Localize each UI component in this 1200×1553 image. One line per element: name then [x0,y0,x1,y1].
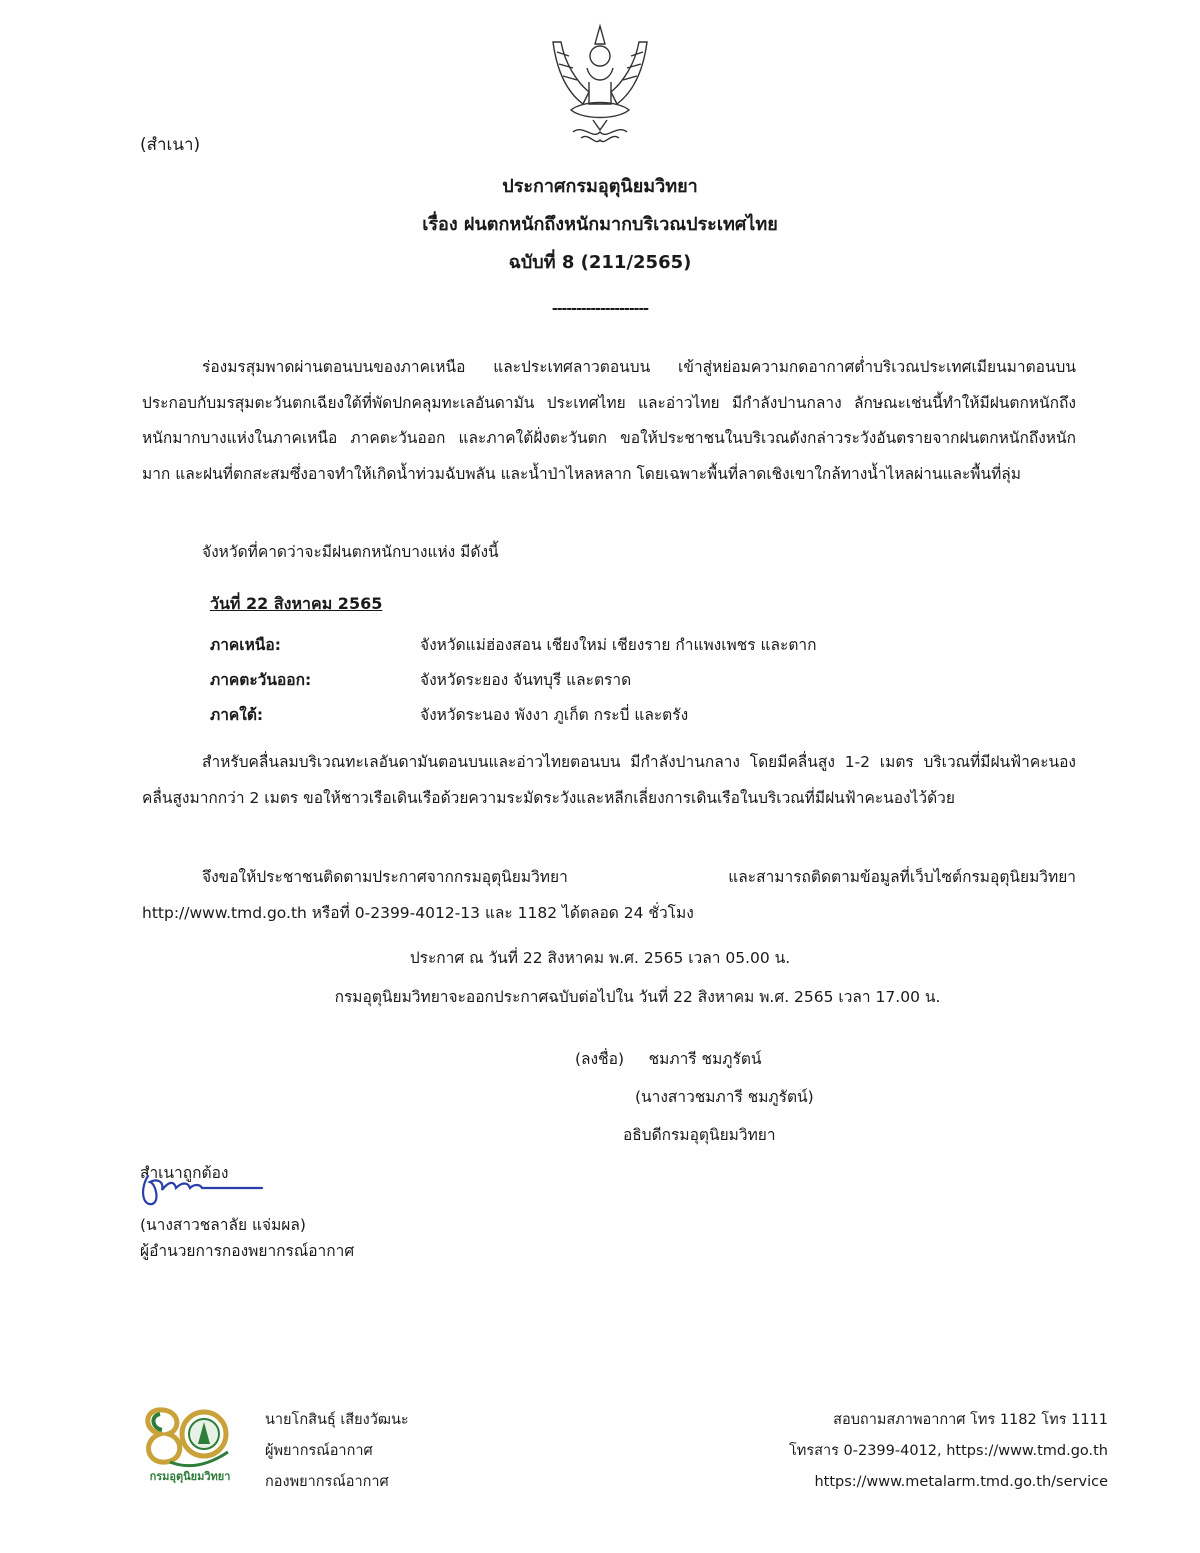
region-label: ภาคใต้: [210,698,420,733]
forecaster-division: กองพยากรณ์อากาศ [265,1467,409,1498]
forecaster-name: นายโกสินธุ์ เสียงวัฒนะ [265,1405,409,1436]
announcement-document: (สำเนา) ประกาศกรมอุตุนิยมวิทยา เรื่อง ฝน… [0,0,1200,1553]
title-block: ประกาศกรมอุตุนิยมวิทยา เรื่อง ฝนตกหนักถึ… [0,170,1200,284]
director-position: อธิบดีกรมอุตุนิยมวิทยา [575,1116,814,1154]
paragraph-follow-updates: จึงขอให้ประชาชนติดตามประกาศจากกรมอุตุนิย… [142,860,1076,931]
forecaster-role: ผู้พยากรณ์อากาศ [265,1436,409,1467]
certifier-position: ผู้อำนวยการกองพยากรณ์อากาศ [140,1238,354,1264]
region-list: ภาคเหนือ: จังหวัดแม่ฮ่องสอน เชียงใหม่ เช… [210,628,817,733]
signed-label: (ลงชื่อ) [575,1050,624,1068]
contact-service-link[interactable]: https://www.metalarm.tmd.go.th/service [789,1467,1108,1498]
copy-mark: (สำเนา) [140,131,200,158]
region-row-east: ภาคตะวันออก: จังหวัดระยอง จันทบุรี และตร… [210,663,817,698]
region-provinces: จังหวัดแม่ฮ่องสอน เชียงใหม่ เชียงราย กำแ… [420,628,817,663]
contact-info: สอบถามสภาพอากาศ โทร 1182 โทร 1111 โทรสาร… [789,1405,1108,1498]
page-title: ประกาศกรมอุตุนิยมวิทยา [0,170,1200,208]
forecast-date-heading: วันที่ 22 สิงหาคม 2565 [210,592,382,617]
separator: -------------------- [0,301,1200,317]
region-provinces: จังหวัดระยอง จันทบุรี และตราด [420,663,631,698]
next-issue-datetime: กรมอุตุนิยมวิทยาจะออกประกาศฉบับต่อไปใน ว… [75,984,1200,1009]
handwritten-signature-icon [138,1168,268,1210]
director-full-name: (นางสาวชมภารี ชมภูรัตน์) [575,1078,814,1116]
paragraph-weather-situation: ร่องมรสุมพาดผ่านตอนบนของภาคเหนือ และประเ… [142,350,1076,492]
contact-fax-website[interactable]: โทรสาร 0-2399-4012, https://www.tmd.go.t… [789,1436,1108,1467]
announcement-datetime: ประกาศ ณ วันที่ 22 สิงหาคม พ.ศ. 2565 เวล… [0,945,1200,970]
region-row-north: ภาคเหนือ: จังหวัดแม่ฮ่องสอน เชียงใหม่ เช… [210,628,817,663]
certifier-name: (นางสาวชลาลัย แจ่มผล) [140,1212,354,1238]
signed-name: ชมภารี ชมภูรัตน์ [649,1050,762,1068]
logo-text: กรมอุตุนิยมวิทยา [150,1470,231,1484]
director-signature-block: (ลงชื่อ) ชมภารี ชมภูรัตน์ (นางสาวชมภารี … [575,1040,814,1154]
tmd-80th-anniversary-logo-icon: กรมอุตุนิยมวิทยา [140,1400,240,1490]
issue-number: ฉบับที่ 8 (211/2565) [0,246,1200,284]
region-label: ภาคตะวันออก: [210,663,420,698]
region-provinces: จังหวัดระนอง พังงา ภูเก็ต กระบี่ และตรัง [420,698,688,733]
contact-phone: สอบถามสภาพอากาศ โทร 1182 โทร 1111 [789,1405,1108,1436]
region-row-south: ภาคใต้: จังหวัดระนอง พังงา ภูเก็ต กระบี่… [210,698,817,733]
paragraph-provinces-intro: จังหวัดที่คาดว่าจะมีฝนตกหนักบางแห่ง มีดั… [202,535,1076,571]
region-label: ภาคเหนือ: [210,628,420,663]
forecaster-info: นายโกสินธุ์ เสียงวัฒนะ ผู้พยากรณ์อากาศ ก… [265,1405,409,1498]
subject-line: เรื่อง ฝนตกหนักถึงหนักมากบริเวณประเทศไทย [0,208,1200,246]
paragraph-sea-conditions: สำหรับคลื่นลมบริเวณทะเลอันดามันตอนบนและอ… [142,745,1076,816]
signed-line: (ลงชื่อ) ชมภารี ชมภูรัตน์ [575,1040,814,1078]
garuda-emblem-icon [543,22,657,150]
